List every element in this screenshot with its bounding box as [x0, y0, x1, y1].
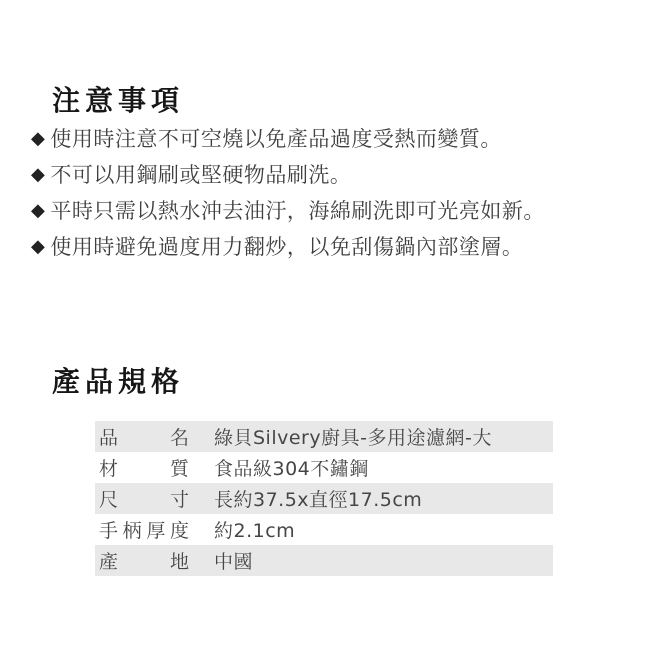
- notes-section-title: 注意事項: [52, 79, 184, 119]
- notes-list: ◆ 使用時注意不可空燒以免產品過度受熱而變質。 ◆ 不可以用鋼刷或堅硬物品刷洗。…: [31, 121, 545, 265]
- spec-row: 品名 綠貝Silvery廚具-多用途濾網-大: [95, 421, 553, 452]
- spec-row: 材質 食品級304不鏽鋼: [95, 452, 553, 483]
- spec-label: 手柄厚度: [99, 516, 189, 543]
- note-item: ◆ 平時只需以熱水沖去油汙，海綿刷洗即可光亮如新。: [31, 193, 545, 229]
- spec-label: 尺寸: [99, 485, 189, 512]
- diamond-bullet-icon: ◆: [31, 193, 45, 229]
- spec-value: 約2.1cm: [214, 516, 295, 543]
- spec-label: 產地: [99, 547, 189, 574]
- note-item: ◆ 不可以用鋼刷或堅硬物品刷洗。: [31, 157, 545, 193]
- diamond-bullet-icon: ◆: [31, 157, 45, 193]
- diamond-bullet-icon: ◆: [31, 229, 45, 265]
- note-text: 使用時注意不可空燒以免產品過度受熱而變質。: [50, 121, 502, 157]
- note-text: 使用時避免過度用力翻炒，以免刮傷鍋內部塗層。: [50, 229, 523, 265]
- spec-value: 中國: [214, 547, 253, 574]
- spec-label: 品名: [99, 423, 189, 450]
- spec-row: 尺寸 長約37.5x直徑17.5cm: [95, 483, 553, 514]
- spec-table: 品名 綠貝Silvery廚具-多用途濾網-大 材質 食品級304不鏽鋼 尺寸 長…: [95, 421, 553, 576]
- note-text: 不可以用鋼刷或堅硬物品刷洗。: [50, 157, 351, 193]
- note-item: ◆ 使用時注意不可空燒以免產品過度受熱而變質。: [31, 121, 545, 157]
- spec-label: 材質: [99, 454, 189, 481]
- spec-value: 食品級304不鏽鋼: [214, 454, 369, 481]
- spec-row: 手柄厚度 約2.1cm: [95, 514, 553, 545]
- spec-value: 長約37.5x直徑17.5cm: [214, 485, 422, 512]
- note-text: 平時只需以熱水沖去油汙，海綿刷洗即可光亮如新。: [50, 193, 545, 229]
- diamond-bullet-icon: ◆: [31, 121, 45, 157]
- spec-value: 綠貝Silvery廚具-多用途濾網-大: [214, 423, 492, 450]
- note-item: ◆ 使用時避免過度用力翻炒，以免刮傷鍋內部塗層。: [31, 229, 545, 265]
- specs-section-title: 產品規格: [52, 360, 184, 400]
- spec-row: 產地 中國: [95, 545, 553, 576]
